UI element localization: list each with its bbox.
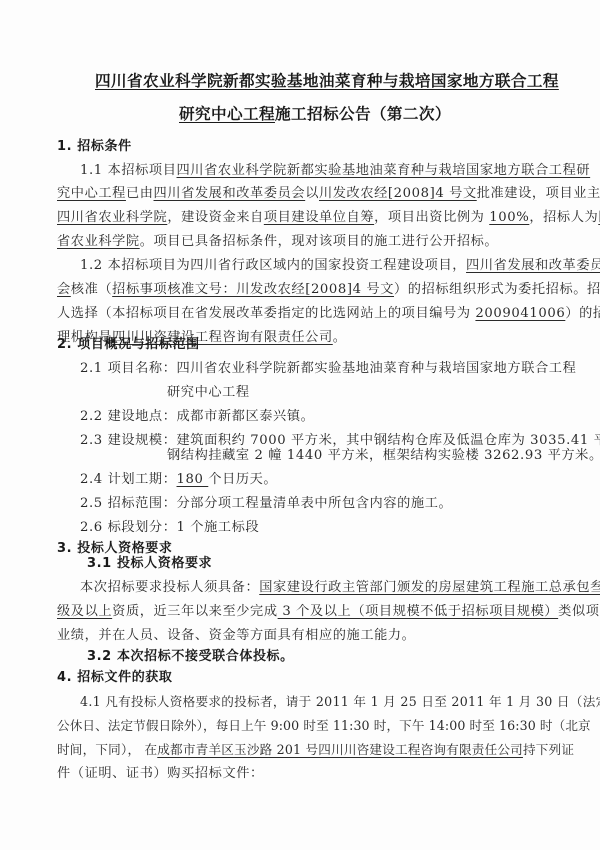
- text: ，招标人为: [529, 210, 598, 225]
- item-label: 2.6 标段划分：: [80, 520, 177, 535]
- item-2-3-cont: 钢结构挂藏室 2 幢 1440 平方米，框架结构实验楼 3262.93 平方米。: [167, 448, 600, 464]
- text: 。: [333, 330, 347, 345]
- text: 1.2 本招标项目为四川省行政区域内的国家投资工程建设项目，: [80, 258, 466, 273]
- text-u: 省农业科学院: [57, 234, 140, 249]
- text-u: 100%: [489, 210, 529, 225]
- para-1-2-line-1: 1.2 本招标项目为四川省行政区域内的国家投资工程建设项目，四川省发展和改革委员: [80, 258, 600, 274]
- subsection-3-2-heading: 3.2 本次招标不接受联合体投标。: [87, 649, 294, 665]
- text: 已由: [126, 186, 154, 201]
- text: 。项目已具备招标条件，现对该项目的施工进行公开招标。: [140, 234, 498, 249]
- text: 核准（: [71, 282, 112, 297]
- title-line-2: 研究中心工程施工招标公告（第二次）: [179, 106, 451, 122]
- item-value: 1 个施工标段: [177, 520, 260, 535]
- item-2-5: 2.5 招标范围：分部分项工程量清单表中所包含内容的施工。: [80, 496, 452, 512]
- para-1-1-line-3: 四川省农业科学院，建设资金来自项目建设单位自筹，项目出资比例为 100%，招标人…: [57, 210, 544, 226]
- para-1-1-line-1: 1.1 本招标项目四川省农业科学院新都实验基地油菜育种与栽培国家地方联合工程研: [80, 163, 544, 179]
- item-label: 2.4 计划工期：: [80, 472, 177, 487]
- title-line-2-rest: 施工招标公告（第二次）: [275, 105, 451, 123]
- text-u: 四川省发展和改革委员会: [154, 186, 306, 201]
- item-value: 个日历天。: [208, 472, 277, 487]
- para-4-1-line-3: 时间，下同）， 在成都市青羊区玉沙路 201 号四川川咨建设工程咨询有限责任公司…: [57, 742, 574, 758]
- section-1-heading: 1. 招标条件: [57, 139, 132, 155]
- text-u: 项目建设单位自筹: [264, 210, 374, 225]
- project-number: 2009041006: [475, 306, 565, 321]
- para-4-1-line-2: 公休日、法定节假日除外），每日上午 9:00 时至 11:30 时，下午 14:…: [57, 718, 591, 734]
- item-label: 2.5 招标范围：: [80, 496, 177, 511]
- text-u: 会: [57, 282, 71, 297]
- text: ）的招标组织形式为委托招标。招标: [394, 282, 600, 297]
- section-4-heading: 4. 招标文件的获取: [57, 670, 173, 686]
- text: ）的招标代: [565, 306, 600, 321]
- item-2-1-cont: 研究中心工程: [167, 385, 250, 401]
- text: 持下列证: [523, 742, 574, 757]
- text-u: 3 个及以上（项目规模不低于招标项目规模）: [278, 604, 559, 619]
- item-2-2: 2.2 建设地点：成都市新都区泰兴镇。: [80, 409, 314, 425]
- text-u: 招标事项核准文号：川发改农经[2008]4 号文: [112, 282, 394, 297]
- item-2-3: 2.3 建设规模：建筑面积约 7000 平方米，其中钢结构仓库及低温仓库为 30…: [80, 433, 600, 449]
- duration-days: 180: [177, 472, 209, 487]
- item-2-4: 2.4 计划工期：180 个日历天。: [80, 472, 277, 488]
- para-1-2-line-3: 人选择（本招标项目在省发展改革委指定的比选网站上的项目编号为 200904100…: [57, 306, 600, 322]
- text: 以: [305, 186, 319, 201]
- item-label: 2.1 项目名称：: [80, 361, 177, 376]
- item-2-6: 2.6 标段划分：1 个施工标段: [80, 520, 259, 536]
- title-line-1: 四川省农业科学院新都实验基地油菜育种与栽培国家地方联合工程: [95, 73, 559, 89]
- item-value: 四川省农业科学院新都实验基地油菜育种与栽培国家地方联合工程: [177, 361, 577, 376]
- para-4-1-line-4: 件（证明、证书）购买招标文件：: [57, 766, 264, 782]
- text-u: 四川省发展和改革委员: [466, 258, 600, 273]
- item-label: 2.2 建设地点：: [80, 409, 177, 424]
- project-name-link: 四川省农业科学院新都实验基地油菜育种与栽培国家地方联合工程研: [177, 163, 591, 179]
- text: 1.1 本招标项目: [80, 163, 177, 179]
- text: ，项目出资比例为: [374, 210, 489, 225]
- text: ，建设资金来自: [167, 210, 264, 225]
- text-u: 川发改农经[2008]4 号文: [319, 186, 477, 201]
- para-3-1-line-2: 级及以上资质，近三年以来至少完成 3 个及以上（项目规模不低于招标项目规模）类似…: [57, 604, 600, 620]
- item-value: 成都市新都区泰兴镇。: [177, 409, 315, 424]
- para-1-1-line-4: 省农业科学院。项目已具备招标条件，现对该项目的施工进行公开招标。: [57, 234, 498, 250]
- text: 时间，下同）， 在: [57, 742, 157, 757]
- para-4-1-line-1: 4.1 凡有投标人资格要求的投标者，请于 2011 年 1 月 25 日至 20…: [80, 694, 600, 710]
- item-value: 建筑面积约 7000 平方米，其中钢结构仓库及低温仓库为 3035.41 平方，: [177, 433, 600, 448]
- text: 资质，近三年以来至少完成: [112, 604, 277, 619]
- document-page: 四川省农业科学院新都实验基地油菜育种与栽培国家地方联合工程 研究中心工程施工招标…: [0, 0, 600, 850]
- item-value: 分部分项工程量清单表中所包含内容的施工。: [177, 496, 453, 511]
- para-3-1-line-1: 本次招标要求投标人须具备：国家建设行政主管部门颁发的房屋建筑工程施工总承包叁: [80, 580, 600, 596]
- section-2-heading: 2. 项目概况与招标范围: [57, 337, 200, 353]
- subsection-3-1-heading: 3.1 投标人资格要求: [87, 556, 212, 572]
- section-3-heading: 3. 投标人资格要求: [57, 541, 173, 557]
- text: 本次招标要求投标人须具备：: [80, 580, 259, 595]
- title-line-2-underlined: 研究中心工程: [179, 105, 275, 123]
- address: 成都市青羊区玉沙路 201 号四川川咨建设工程咨询有限责任公司: [157, 742, 523, 757]
- item-label: 2.3 建设规模：: [80, 433, 177, 448]
- text: 类似项目: [558, 604, 600, 619]
- text-u: 级及以上: [57, 604, 112, 619]
- para-3-1-line-3: 业绩，并在人员、设备、资金等方面具有相应的施工能力。: [57, 628, 415, 644]
- text: 人选择（本招标项目在省发展改革委指定的比选网站上的项目编号为: [57, 306, 475, 321]
- text-u: 四川省农业科学院: [57, 210, 167, 225]
- para-1-2-line-2: 会核准（招标事项核准文号：川发改农经[2008]4 号文）的招标组织形式为委托招…: [57, 282, 600, 298]
- text-u: 国家建设行政主管部门颁发的房屋建筑工程施工总承包叁: [259, 580, 600, 595]
- item-2-1: 2.1 项目名称：四川省农业科学院新都实验基地油菜育种与栽培国家地方联合工程: [80, 361, 576, 377]
- text-u: 究中心工程: [57, 186, 126, 201]
- para-1-1-line-2: 究中心工程已由四川省发展和改革委员会以川发改农经[2008]4 号文批准建设，项…: [57, 186, 544, 202]
- text: 批准建设，项目业主为: [477, 186, 600, 201]
